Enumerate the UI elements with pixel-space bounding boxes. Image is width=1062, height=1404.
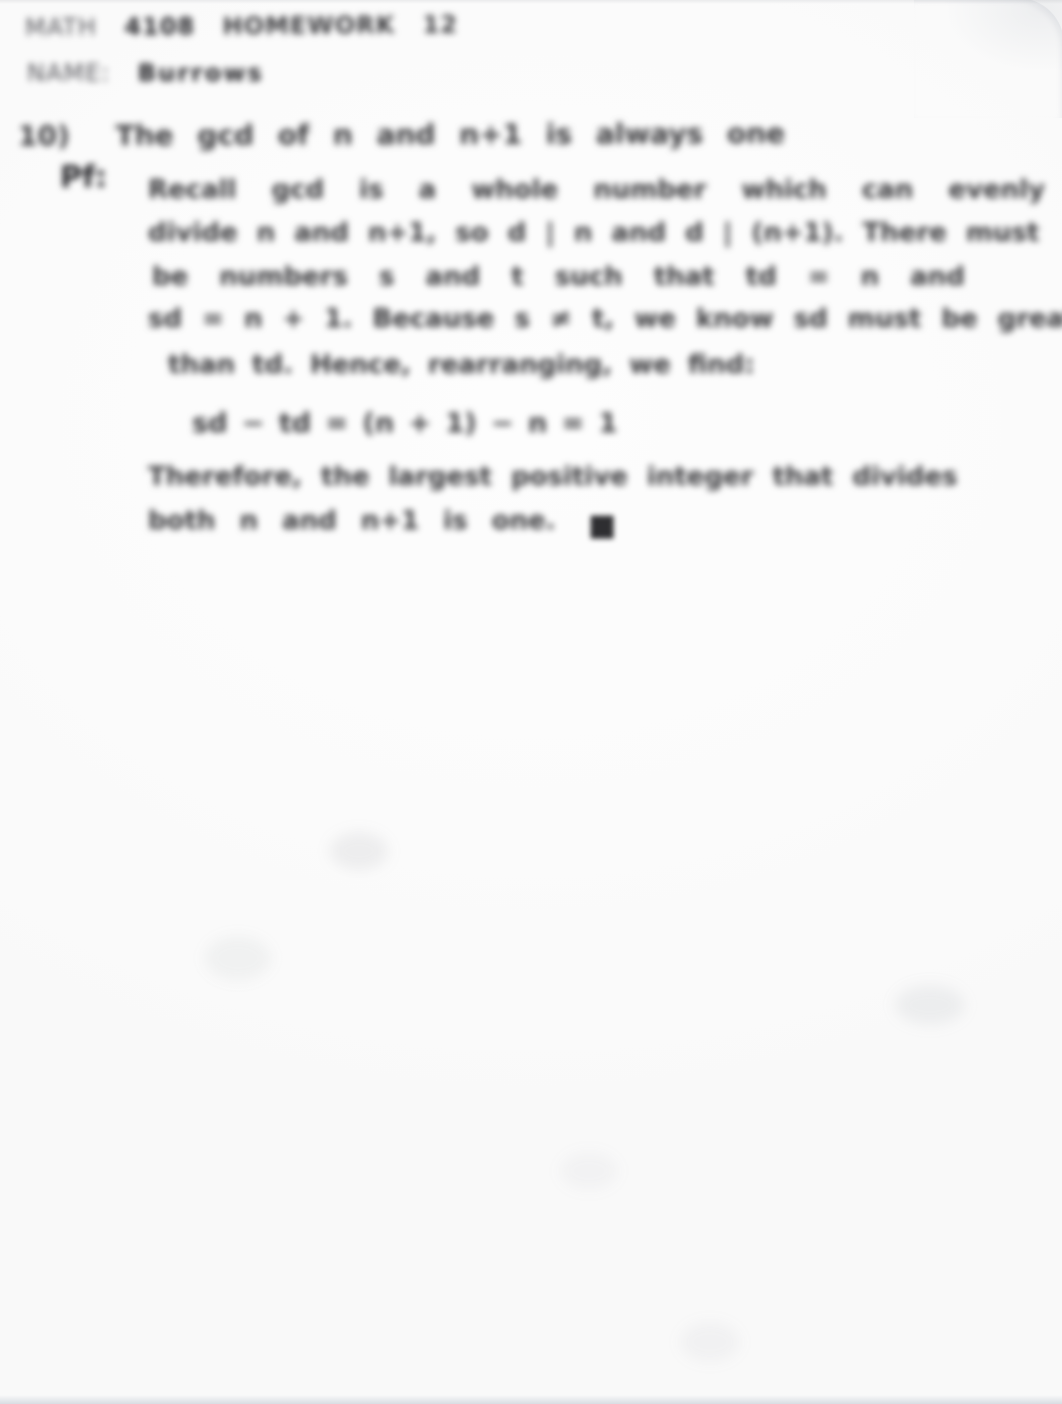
proof-equation: sd − td = (n + 1) − n = 1 [192,408,617,439]
problem-statement-line: 10) The gcd of n and n+1 is always one [18,117,785,153]
problem-number: 10) [18,119,70,152]
proof-body-line: than td. Hence, rearranging, we find: [168,350,755,380]
paper-smudge [680,1322,740,1362]
course-name: MATH [25,13,97,42]
name-label: NAME: [27,59,110,87]
paper-smudge [895,985,965,1025]
student-name: Burrows [138,59,264,87]
course-number: 4108 [124,12,195,40]
proof-body-line: sd = n + 1. Because s ≠ t, we know sd mu… [148,304,1062,334]
header-course-line: MATH 4108 HOMEWORK 12 [25,10,476,41]
paper-corner-shading [914,0,1062,118]
paper-smudge [205,936,271,980]
proof-label: Pf: [60,160,107,195]
proof-body-line: Recall gcd is a whole number which can e… [148,175,1045,205]
header-name-line: NAME: Burrows [27,59,282,87]
scanned-homework-page: MATH 4108 HOMEWORK 12 NAME: Burrows 10) … [0,0,1062,1404]
problem-statement: The gcd of n and n+1 is always one [115,117,785,152]
proof-conclusion-line: Therefore, the largest positive integer … [148,462,958,492]
proof-body-line: be numbers s and t such that td = n and [152,262,965,292]
qed-square-icon: ■ [588,508,616,543]
proof-body-line: divide n and n+1, so d | n and d | (n+1)… [148,218,1039,248]
paper-smudge [560,1152,618,1190]
assignment-label: HOMEWORK [222,11,395,40]
paper-smudge [330,832,388,870]
assignment-number: 12 [422,11,458,39]
proof-conclusion-line: both n and n+1 is one. [148,506,556,536]
